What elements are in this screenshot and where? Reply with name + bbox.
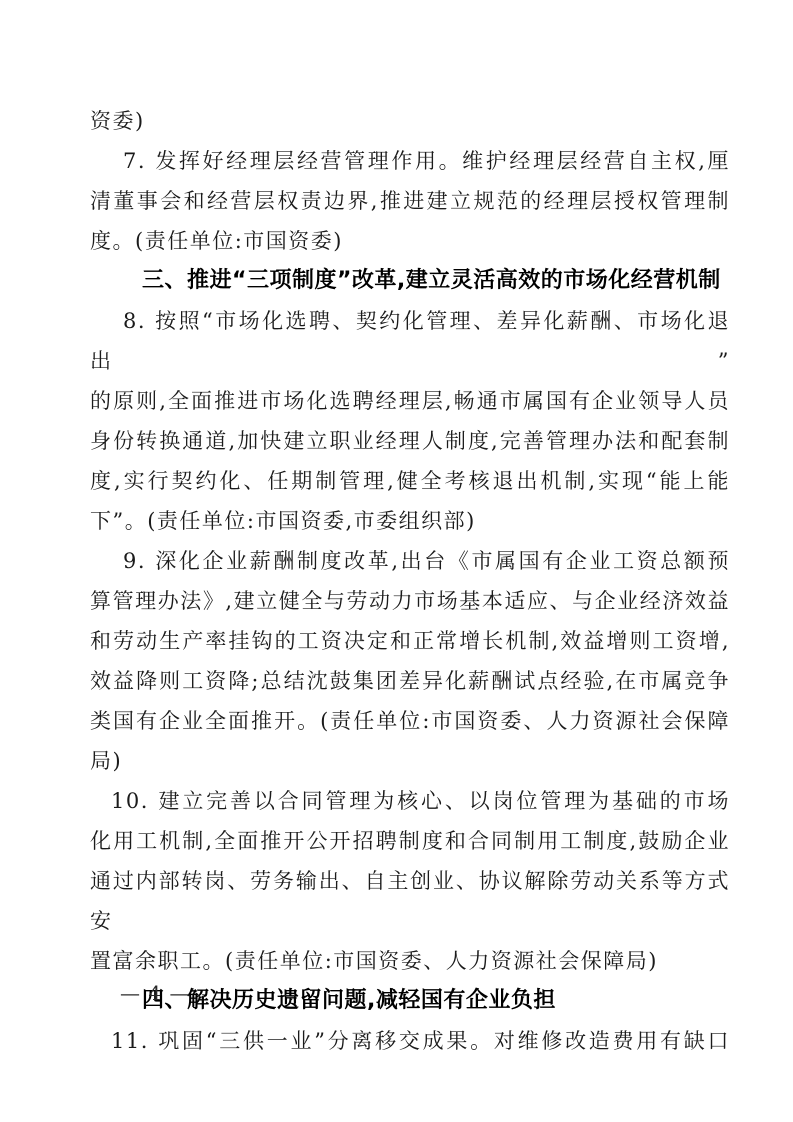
text-line: 和劳动生产率挂钩的工资决定和正常增长机制,效益增则工资增, [90, 621, 730, 661]
page-number: — 4 — [120, 973, 190, 1013]
text-line: 类国有企业全面推开。(责任单位:市国资委、人力资源社会保障 [90, 701, 730, 741]
text-line: 度。(责任单位:市国资委) [90, 221, 730, 261]
text-line: 资委) [90, 101, 730, 141]
section-heading-three: 三、推进“三项制度”改革,建立灵活高效的市场化经营机制 [90, 261, 730, 301]
document-page: 资委) 7. 发挥好经理层经营管理作用。维护经理层经营自主权,厘 清董事会和经营… [0, 0, 793, 1122]
text-line: 局) [90, 741, 730, 781]
text-line: 化用工机制,全面推开公开招聘制度和合同制用工制度,鼓励企业 [90, 821, 730, 861]
text-line: 11. 巩固“三供一业”分离移交成果。对维修改造费用有缺口 [90, 1021, 730, 1061]
text-line: 算管理办法》,建立健全与劳动力市场基本适应、与企业经济效益 [90, 581, 730, 621]
text-line: 身份转换通道,加快建立职业经理人制度,完善管理办法和配套制 [90, 421, 730, 461]
text-line: 下”。(责任单位:市国资委,市委组织部) [90, 501, 730, 541]
text-line: 8. 按照“市场化选聘、契约化管理、差异化薪酬、市场化退出” [90, 301, 730, 381]
text-line: 清董事会和经营层权责边界,推进建立规范的经理层授权管理制 [90, 181, 730, 221]
text-line: 7. 发挥好经理层经营管理作用。维护经理层经营自主权,厘 [90, 141, 730, 181]
document-body: 资委) 7. 发挥好经理层经营管理作用。维护经理层经营自主权,厘 清董事会和经营… [90, 101, 730, 1061]
text-line: 的原则,全面推进市场化选聘经理层,畅通市属国有企业领导人员 [90, 381, 730, 421]
text-line: 效益降则工资降;总结沈鼓集团差异化薪酬试点经验,在市属竞争 [90, 661, 730, 701]
text-line: 通过内部转岗、劳务输出、自主创业、协议解除劳动关系等方式安 [90, 861, 730, 941]
text-line: 度,实行契约化、任期制管理,健全考核退出机制,实现“能上能 [90, 461, 730, 501]
text-line: 9. 深化企业薪酬制度改革,出台《市属国有企业工资总额预 [90, 541, 730, 581]
text-line: 10. 建立完善以合同管理为核心、以岗位管理为基础的市场 [90, 781, 730, 821]
